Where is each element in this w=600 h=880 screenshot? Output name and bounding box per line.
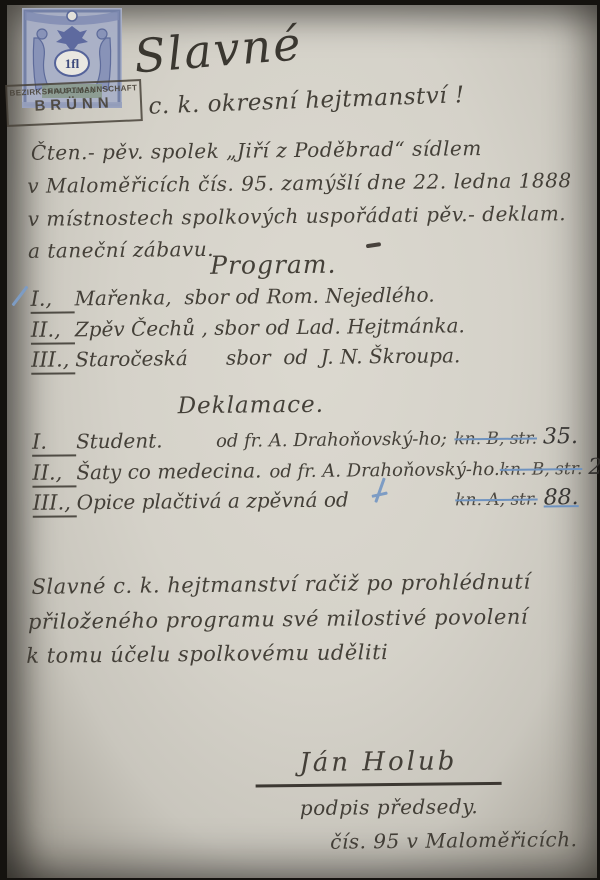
- program-heading: Program.: [210, 250, 337, 280]
- page-number: 88.: [543, 485, 578, 510]
- letter-title: Slavné: [132, 16, 304, 83]
- roman-numeral: II.,: [31, 317, 75, 344]
- page-number: 22.: [588, 455, 600, 480]
- program-item: I., Mařenka, sbor od Rom. Nejedlého.: [30, 281, 576, 314]
- deklamace-item: III., Opice plačtivá a zpěvná od kn. A, …: [33, 485, 579, 518]
- closing-line: Slavné c. k. hejtmanství račiž po prohlé…: [31, 570, 530, 599]
- signature-rule: [256, 782, 502, 787]
- program-item-text: Staročeská sbor od J. N. Škroupa.: [75, 343, 460, 371]
- roman-numeral: I.,: [30, 286, 74, 313]
- roman-numeral: I.: [32, 429, 76, 456]
- letter-content: Slavné c. k. okresní hejtmanství ! Čten.…: [0, 0, 600, 880]
- program-item: II., Zpěv Čechů , sbor od Lad. Hejtmánka…: [31, 312, 577, 345]
- roman-numeral: II.,: [32, 460, 76, 487]
- body-line: a taneční zábavu.: [28, 237, 214, 263]
- page-number: 35.: [543, 424, 578, 449]
- deklamace-item: I. Student. od fr. A. Drahoňovský-ho; kn…: [32, 424, 578, 457]
- roman-numeral: III.,: [33, 490, 77, 517]
- program-item: III., Staročeská sbor od J. N. Škroupa.: [31, 342, 577, 375]
- book-reference-struck: kn. B, str.: [500, 459, 583, 480]
- roman-numeral: III.,: [31, 347, 75, 374]
- deklamace-title: Student.: [76, 428, 216, 453]
- book-reference-struck: kn. B, str.: [454, 429, 537, 450]
- deklamace-title: Šaty co medecina.: [76, 458, 261, 484]
- signature-address: čís. 95 v Maloměřicích.: [330, 827, 577, 854]
- document-photo: 1fl EIN GULDEN BEZIRKSHAUPTMANNSCHAFT BR…: [0, 0, 600, 880]
- deklamace-author: od fr. A. Drahoňovský-ho;: [216, 428, 447, 451]
- body-line: Čten.- pěv. spolek „Jiří z Poděbrad“ síd…: [31, 136, 482, 165]
- program-item-text: Mařenka, sbor od Rom. Nejedlého.: [74, 283, 434, 311]
- closing-line: k tomu účelu spolkovému uděliti: [26, 640, 388, 668]
- closing-line: přiloženého programu své milostivé povol…: [28, 605, 528, 634]
- body-line: v místnostech spolkových uspořádati pěv.…: [28, 201, 567, 231]
- letter-salutation: c. k. okresní hejtmanství !: [148, 82, 465, 120]
- program-item-text: Zpěv Čechů , sbor od Lad. Hejtmánka.: [75, 313, 465, 341]
- body-line: v Maloměřicích čís. 95. zamýšlí dne 22. …: [27, 168, 572, 198]
- deklamace-heading: Deklamace.: [178, 392, 325, 420]
- ink-dash: [366, 242, 381, 248]
- signature-name: Ján Holub: [299, 746, 457, 778]
- blue-check-mark: [11, 285, 28, 306]
- signature-caption: podpis předsedy.: [300, 794, 479, 820]
- book-reference-struck: kn. A, str.: [455, 490, 538, 511]
- deklamace-item: II., Šaty co medecina. od fr. A. Drahoňo…: [32, 455, 578, 488]
- deklamace-title: Opice plačtivá a zpěvná od: [77, 487, 349, 514]
